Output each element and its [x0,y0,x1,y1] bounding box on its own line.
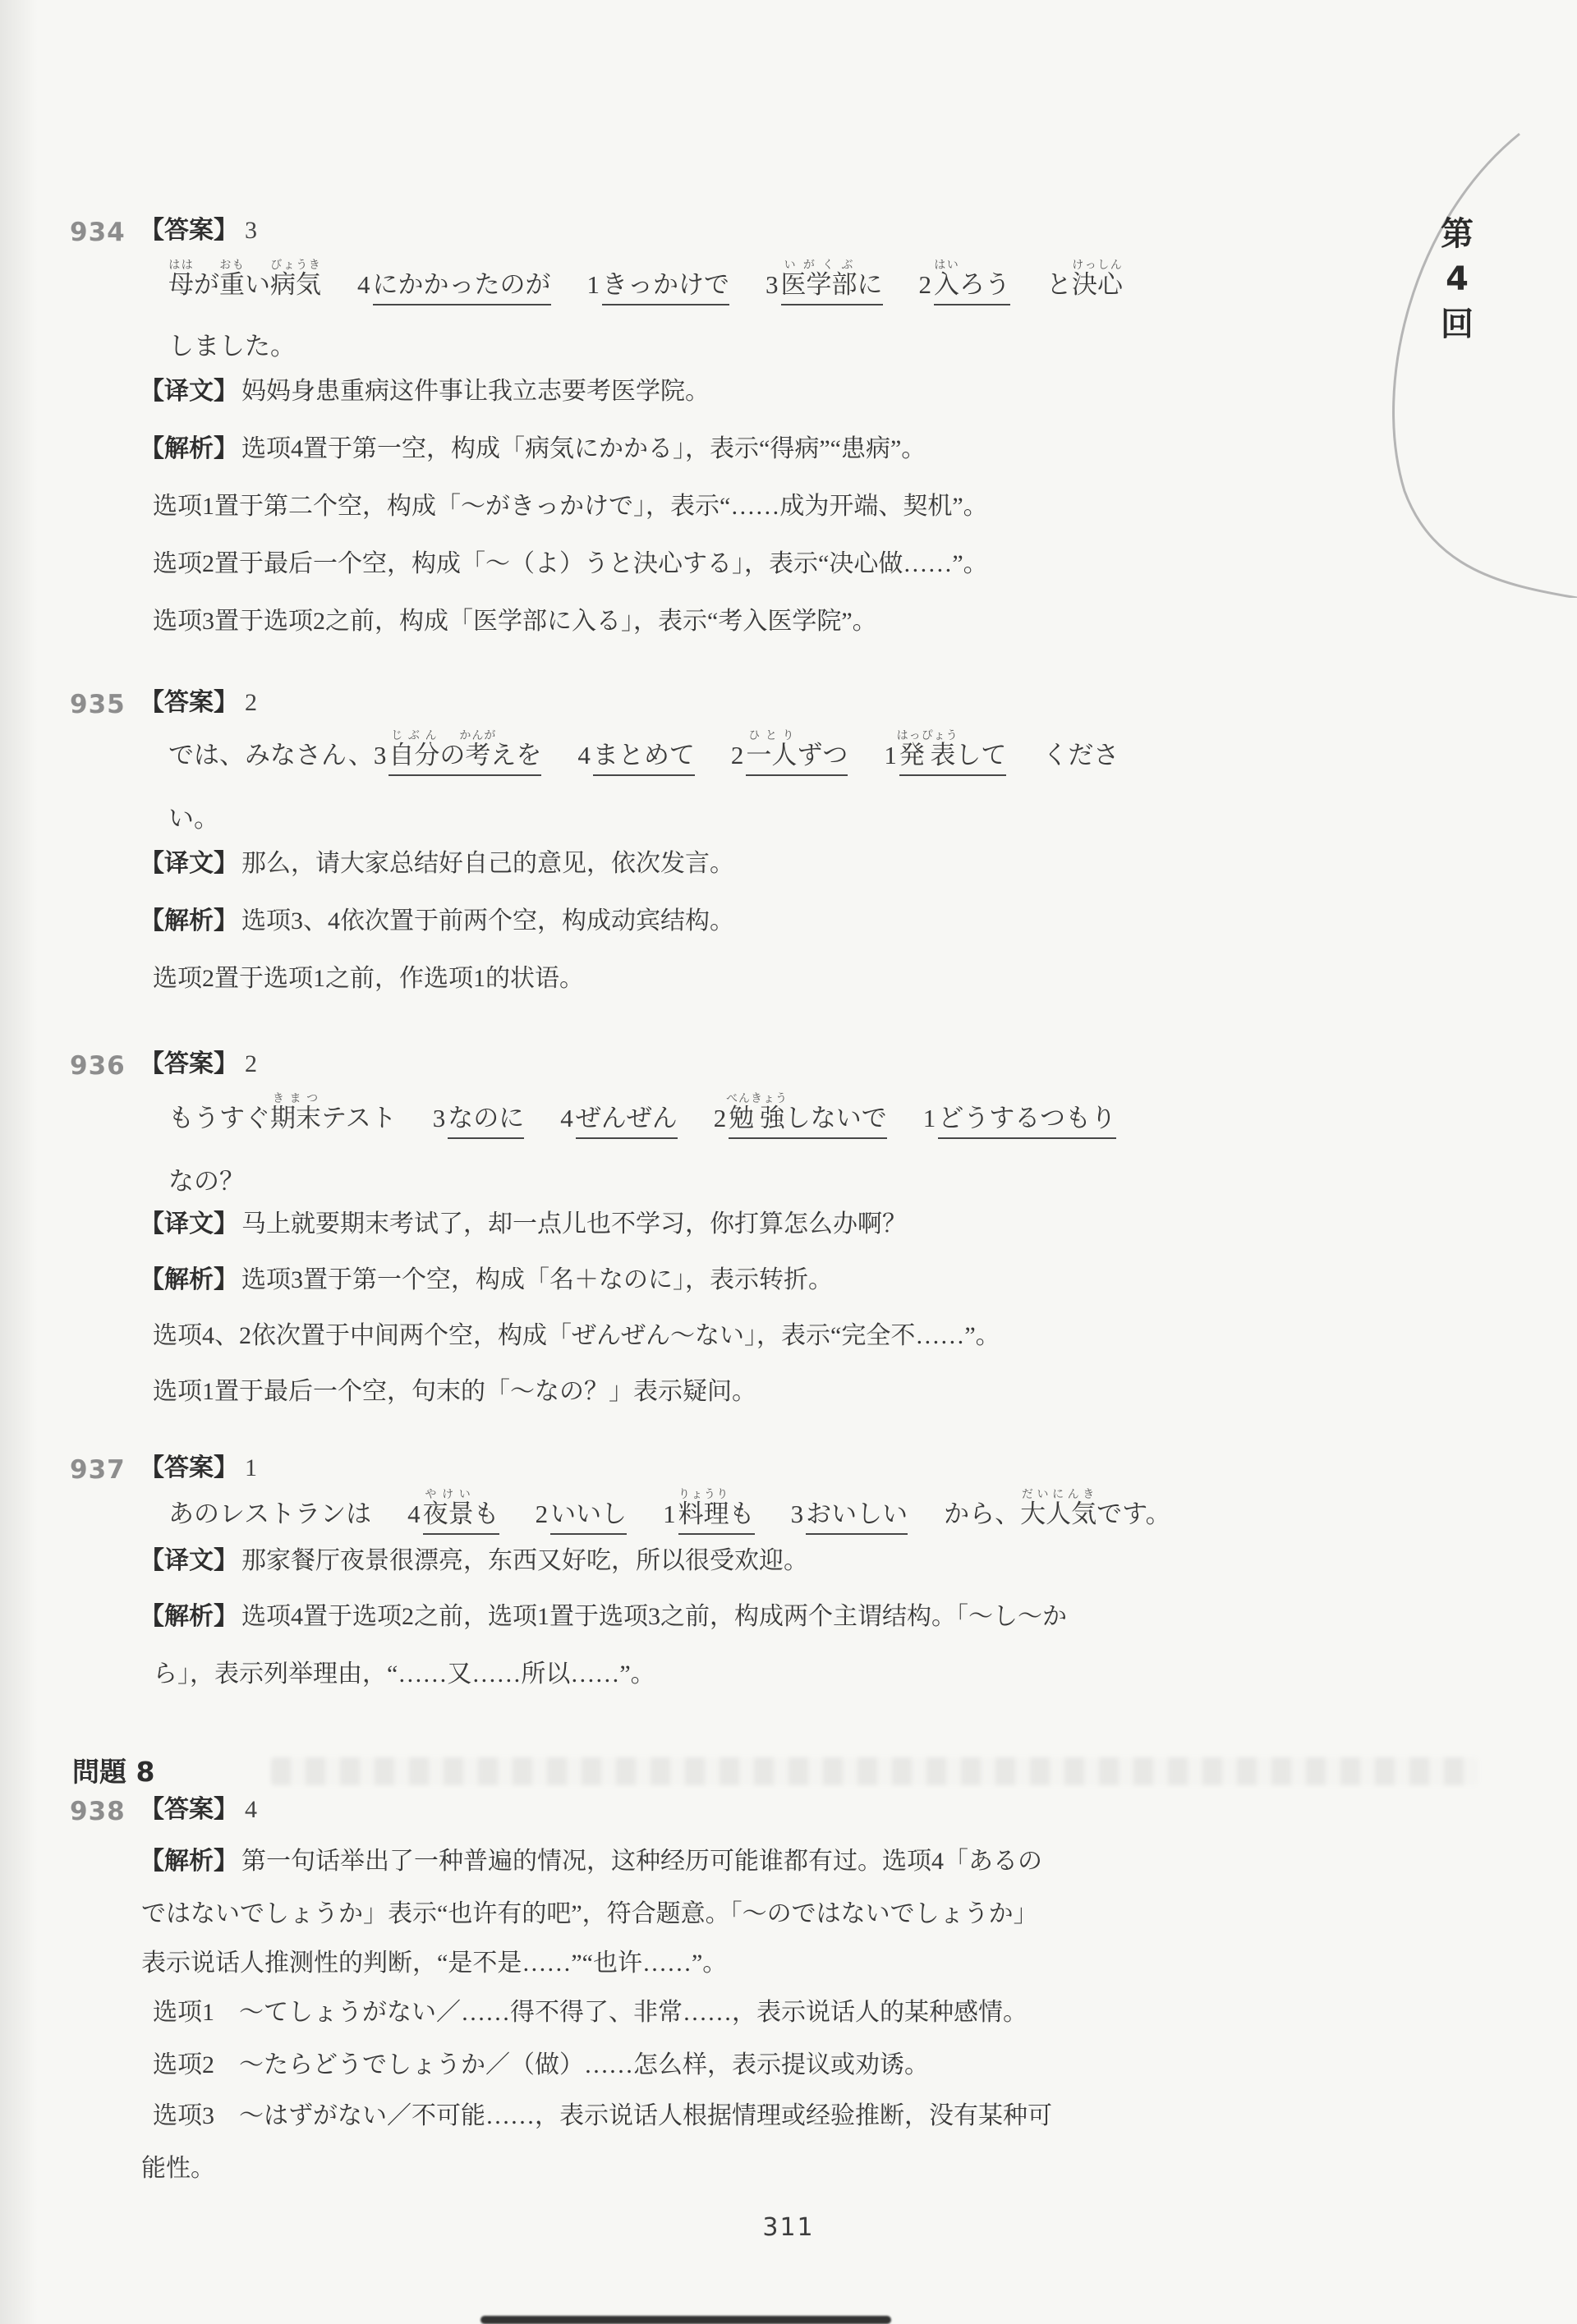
analysis-line: 【解析】第一句话举出了一种普遍的情况，这种经历可能谁都有过。选项4「あるの [140,1846,1042,1877]
side-tab-char: 回 [1436,302,1478,347]
item-number: 938 [70,1797,126,1826]
ghost-print [271,1757,1478,1785]
item-number: 935 [70,690,126,719]
analysis-continuation: 选项2置于最后一个空，构成「～（よ）うと決心する」，表示“决心做……”。 [153,549,988,580]
answer-line: 【答案】1 [140,1453,257,1484]
answer-label: 【答案】 [140,216,238,245]
analysis-continuation: 选项2 ～たらどうでしょうか／（做）……怎么样，表示提议或劝诱。 [153,2050,929,2081]
side-tab: 第 4 回 [1436,212,1478,347]
analysis-continuation: 选项1置于第二个空，构成「～がきっかけで」，表示“……成为开端、契机”。 [153,491,988,522]
analysis-continuation: ら」，表示列举理由，“……又……所以……”。 [153,1659,655,1690]
answer-line: 【答案】4 [140,1794,257,1826]
answer-line: 【答案】3 [140,215,257,246]
scanned-answer-page: 934 【答案】3 母ははが重おもい病気びょうき4にかかったのが1きっかけで3医… [0,0,1577,2324]
answer-label: 【答案】 [140,1454,238,1482]
analysis-continuation: 选项3置于选项2之前，构成「医学部に入る」，表示“考入医学院”。 [153,606,877,637]
answer-value: 1 [245,1454,257,1481]
analysis-continuation: 选项3 ～はずがない／不可能……，表示说话人根据情理或经验推断，没有某种可 [153,2101,1052,2132]
sentence-line: い。 [168,803,219,835]
answer-value: 2 [245,1050,257,1077]
analysis-continuation: 选项4、2依次置于中间两个空，构成「ぜんぜん～ない」，表示“完全不……”。 [153,1320,1000,1352]
translation-line: 【译文】那家餐厅夜景很漂亮，东西又好吃，所以很受欢迎。 [140,1546,808,1577]
sentence-line: あのレストランは4夜景やけいも2いいし1料理りょうりも3おいしいから、大人気だい… [168,1488,1171,1531]
sentence-line: なの？ [168,1166,245,1198]
translation-line: 【译文】马上就要期末考试了，却一点儿也不学习，你打算怎么办啊？ [140,1209,907,1240]
sentence-line: もうすぐ期末きまつテスト3なのに4ぜんぜん2勉強べんきょうしないで1どうするつも… [168,1092,1116,1135]
analysis-continuation: ではないでしょうか」表示“也许有的吧”，符合题意。「～のではないでしょうか」 [141,1899,1038,1930]
answer-label: 【答案】 [140,1795,238,1824]
answer-value: 2 [245,689,257,716]
tab-arc [1314,122,1577,598]
answer-label: 【答案】 [140,688,238,717]
analysis-continuation: 选项1置于最后一个空，句末的「～なの？」表示疑问。 [153,1376,756,1408]
page-number: 311 [0,2213,1577,2242]
sentence-line: では、みなさん、3自分じぶんの考かんがえを4まとめて2一人ひとりずつ1発表はっぴ… [168,729,1119,772]
side-tab-char: 第 [1436,212,1478,257]
item-number: 936 [70,1051,126,1081]
translation-line: 【译文】妈妈身患重病这件事让我立志要考医学院。 [140,376,710,407]
page-edge-shadow [0,0,38,2324]
answer-value: 3 [245,217,257,244]
analysis-continuation: 表示说话人推测性的判断，“是不是……”“也许……”。 [141,1948,727,1979]
sentence-line: 母ははが重おもい病気びょうき4にかかったのが1きっかけで3医学部いがくぶに2入は… [168,259,1123,301]
analysis-line: 【解析】选项3、4依次置于前两个空，构成动宾结构。 [140,906,734,937]
sentence-line: しました。 [168,331,296,363]
side-tab-char: 4 [1436,257,1478,302]
analysis-line: 【解析】选项4置于选项2之前，选项1置于选项3之前，构成两个主谓结构。「～し～か [140,1601,1067,1633]
analysis-line: 【解析】选项3置于第一个空，构成「名＋なのに」，表示转折。 [140,1265,833,1296]
item-number: 937 [70,1455,126,1485]
answer-line: 【答案】2 [140,1049,257,1080]
analysis-continuation: 选项2置于选项1之前，作选项1的状语。 [153,963,584,994]
section-header: 問題 8 [72,1751,154,1789]
item-number: 934 [70,218,126,247]
answer-value: 4 [245,1796,257,1823]
analysis-continuation: 能性。 [141,2153,215,2184]
answer-line: 【答案】2 [140,687,257,719]
analysis-line: 【解析】选项4置于第一空，构成「病気にかかる」，表示“得病”“患病”。 [140,434,926,465]
ink-smudge [480,2316,891,2324]
translation-line: 【译文】那么，请大家总结好自己的意见，依次发言。 [140,848,734,880]
analysis-continuation: 选项1 ～てしょうがない／……得不得了、非常……，表示说话人的某种感情。 [153,1997,1028,2028]
answer-label: 【答案】 [140,1049,238,1078]
